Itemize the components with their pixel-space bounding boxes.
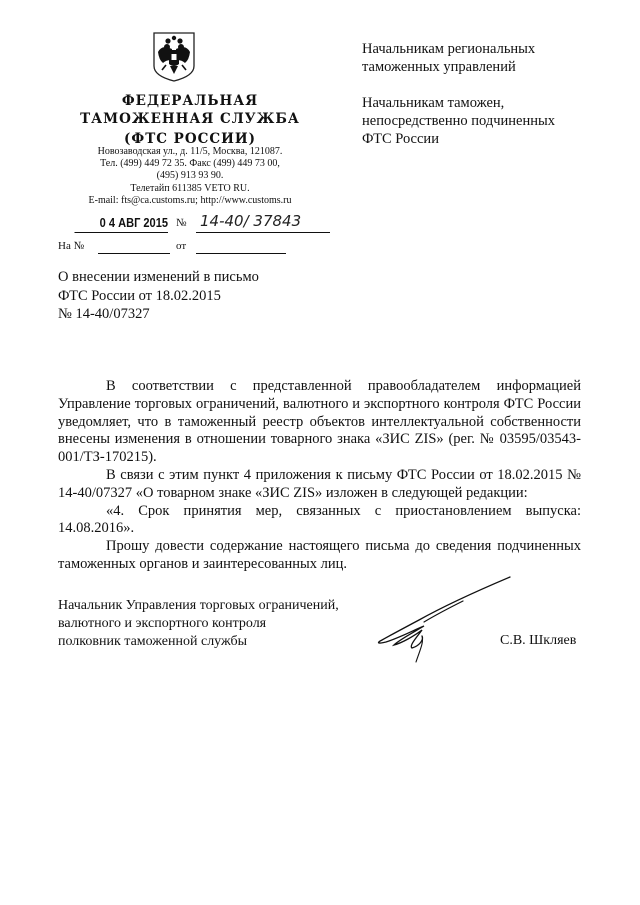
reply-to-number-field [98,253,170,254]
letter-subject: О внесении изменений в письмо ФТС России… [58,268,318,324]
org-name-line-2: ТАМОЖЕННАЯ СЛУЖБА [60,110,320,128]
handwritten-signature-icon [364,566,514,666]
subject-line-1: О внесении изменений в письмо [58,268,318,287]
coat-of-arms-icon [150,30,198,84]
signer-title-line-3: полковник таможенной службы [58,633,378,651]
body-paragraph-3: «4. Срок принятия мер, связанных с приос… [58,503,581,539]
contact-email-web: E-mail: fts@ca.customs.ru; http://www.cu… [60,195,320,207]
addressee-line: Начальникам таможен, [362,94,622,112]
addressees: Начальникам региональных таможенных упра… [362,40,622,166]
contact-teletype: Телетайп 611385 VETO RU. [60,183,320,195]
addressee-customs: Начальникам таможен, непосредственно под… [362,94,622,148]
org-name-line-1: ФЕДЕРАЛЬНАЯ [60,92,320,110]
addressee-line: таможенных управлений [362,58,622,76]
addressee-regional: Начальникам региональных таможенных упра… [362,40,622,76]
signer-title: Начальник Управления торговых ограничени… [58,597,378,650]
signer-title-line-2: валютного и экспортного контроля [58,615,378,633]
registration-number: 14-40/ 37843 [196,210,330,233]
reply-from-label: от [176,240,186,252]
addressee-line: непосредственно подчиненных [362,112,622,130]
addressee-line: ФТС России [362,130,622,148]
addressee-line: Начальникам региональных [362,40,622,58]
reply-to-label: На № [58,240,84,252]
organization-name: ФЕДЕРАЛЬНАЯ ТАМОЖЕННАЯ СЛУЖБА (ФТС РОССИ… [60,92,320,150]
contact-phone: Тел. (499) 449 72 35. Факс (499) 449 73 … [60,158,320,170]
body-paragraph-2: В связи с этим пункт 4 приложения к пись… [58,467,581,503]
reply-reference-row: На № от [58,240,328,260]
contact-address: Новозаводская ул., д. 11/5, Москва, 1210… [60,146,320,158]
subject-line-2: ФТС России от 18.02.2015 [58,287,318,306]
reply-from-date-field [196,253,286,254]
contact-phone-2: (495) 913 93 90. [60,170,320,182]
signer-title-line-1: Начальник Управления торговых ограничени… [58,597,378,615]
contact-details: Новозаводская ул., д. 11/5, Москва, 1210… [60,146,320,207]
registration-date: 0 4 АВГ 2015 [75,214,169,233]
subject-line-3: № 14-40/07327 [58,305,318,324]
letter-body: В соответствии с представленной правообл… [58,378,581,574]
body-paragraph-1: В соответствии с представленной правообл… [58,378,581,467]
registration-row: 0 4 АВГ 2015 № 14-40/ 37843 [58,214,328,234]
registration-number-label: № [176,217,187,229]
signer-name: С.В. Шкляев [500,632,576,650]
